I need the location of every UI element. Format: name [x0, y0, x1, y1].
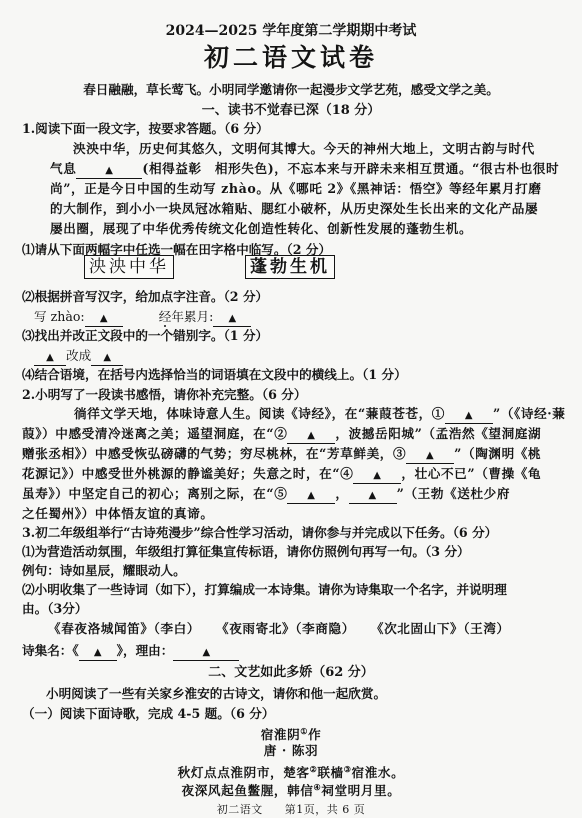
exam-year-heading: 2024—2025 学年度第二学期期中考试: [0, 22, 582, 41]
footnote-marker: ①: [300, 726, 308, 736]
q2-text: 花源记》）中感受世外桃源的静谧美好；失意之时，在“④: [22, 466, 353, 481]
q3-sub2-stem-line1: ⑵小明收集了一些诗词（如下），打算编成一本诗集。请你为诗集取一个名字，并说明理: [22, 580, 507, 599]
part1-heading: （一）阅读下面诗歌，完成 4-5 题。（6 分）: [22, 704, 274, 723]
q1-passage-line-5: 屡出圈，展现了中华优秀传统文化创造性转化、创新性发展的蓬勃生机。: [50, 219, 472, 238]
q1-sub4-stem: ⑷结合语境，在括号内选择恰当的词语填在文段中的横线上。（1 分）: [22, 365, 407, 384]
q1-passage-line-3: 尚”，正是今日中国的生动写 zhào。从《哪吒 2》《黑神话：悟空》等经年累月打…: [50, 179, 542, 198]
q1-sub3-stem: ⑶找出并改正文段中的一个错别字。（1 分）: [22, 326, 268, 345]
q2-line-3: 赠张丞相》）中感受恢弘磅礴的气势；穷尽桃林，在“芳草鲜美，③▲”（陶渊明《桃: [22, 444, 541, 464]
poem-title-suffix: 作: [308, 727, 321, 742]
poem-title: 《夜雨寄北》: [216, 621, 295, 636]
poem-author: （李白）: [154, 621, 200, 636]
poem-author: （王湾）: [463, 621, 509, 636]
pinyin-label: 写 zhào:: [34, 309, 85, 324]
answer-blank-reason[interactable]: ▲: [173, 644, 239, 661]
answer-blank-q2-5a[interactable]: ▲: [287, 487, 335, 504]
footer-page-info: 第1页，共 6 页: [285, 803, 366, 816]
q3-sub1-stem: ⑴为营造活动氛围，年级组打算征集宣传标语，请你仿照例句再写一句。（3 分）: [22, 542, 470, 561]
triangle-marker-icon: ▲: [105, 165, 113, 176]
q2-text: ，: [335, 486, 348, 501]
q1-passage-line-2: 气息▲(相得益彰 相形失色)，不忘本来与开辟未来相互贯通。“很古朴也很时: [50, 159, 559, 179]
triangle-marker-icon: ▲: [465, 410, 473, 421]
q2-text: ”（《诗经·蒹: [493, 406, 566, 421]
passage-text: (相得益彰 相形失色)，不忘本来与开辟未来相互贯通。“很古朴也很时: [142, 161, 559, 176]
poem-author: （李商隐）: [295, 621, 355, 636]
q3-stem: 3.初二年级组举行“古诗苑漫步”综合性学习活动，请你参与并完成以下任务。（6 分…: [22, 523, 497, 542]
passage-text: 气息: [50, 161, 76, 176]
calligraphy-sample-1: 泱泱中华: [84, 255, 174, 279]
answer-blank-q2-2[interactable]: ▲: [287, 427, 335, 444]
q1-passage-line-4: 的大制作，到小小一块凤冠冰箱贴、腮红小破杯，从历史深处生长出来的文化产品屡: [50, 199, 538, 218]
idiom-label: 年累月:: [171, 309, 213, 324]
q2-stem: 2.小明写了一段读书感悟，请你补充完整。（6 分）: [22, 385, 306, 404]
q2-line-5: 虽寿》）中坚定自己的初心；离别之际，在“⑤▲，▲”（王勃《送杜少府: [22, 484, 510, 504]
change-to-label: 改成: [66, 348, 91, 363]
q1-sub2-stem: ⑵根据拼音写汉字，给加点字注音。（2 分）: [22, 287, 268, 306]
triangle-marker-icon: ▲: [368, 490, 376, 501]
calligraphy-sample-2: 蓬勃生机: [245, 255, 335, 279]
q2-text: ，波撼岳阳城”（孟浩然《望洞庭湖: [335, 426, 541, 441]
page-footer: 初二语文 第1页，共 6 页: [0, 800, 582, 818]
poem-title: 《次北固山下》: [371, 621, 463, 636]
answer-blank-pronunciation[interactable]: ▲: [213, 310, 251, 327]
footnote-marker: ③: [344, 764, 352, 774]
answer-blank-q2-4[interactable]: ▲: [353, 467, 401, 484]
answer-blank-q2-3[interactable]: ▲: [406, 447, 454, 464]
q2-text: ”（陶渊明《桃: [454, 446, 541, 461]
triangle-marker-icon: ▲: [426, 450, 434, 461]
poem-text: 祠堂明月里。: [321, 783, 400, 798]
answer-blank-zhao[interactable]: ▲: [85, 310, 123, 327]
triangle-marker-icon: ▲: [46, 352, 54, 363]
triangle-marker-icon: ▲: [228, 313, 236, 324]
dotted-char: 经: [159, 309, 172, 324]
q2-line-6: 之任蜀州》）中体悟友谊的真谛。: [22, 504, 214, 523]
q2-line-4: 花源记》）中感受世外桃源的静谧美好；失意之时，在“④▲，壮心不已”（曹操《龟: [22, 464, 541, 484]
poem-title-text: 宿淮阴: [261, 727, 301, 742]
q2-text: 赠张丞相》）中感受恢弘磅礴的气势；穷尽桃林，在“芳草鲜美，③: [22, 446, 406, 461]
q2-text: 葭》）中感受清冷迷离之美；遥望洞庭，在“②: [22, 426, 287, 441]
poem-text: 夜深风起鱼鳖腥，韩信: [182, 783, 314, 798]
q3-sub1-example: 例句：诗如星辰，耀眼动人。: [22, 561, 186, 580]
triangle-marker-icon: ▲: [307, 490, 315, 501]
exam-page: 2024—2025 学年度第二学期期中考试 初二语文试卷 春日融融，草长莺飞。小…: [0, 0, 582, 818]
exam-title: 初二语文试卷: [0, 40, 582, 76]
section2-heading: 二、文艺如此多娇（62 分）: [0, 663, 582, 682]
triangle-marker-icon: ▲: [307, 430, 315, 441]
answer-blank-q2-5b[interactable]: ▲: [349, 487, 397, 504]
triangle-marker-icon: ▲: [100, 313, 108, 324]
exam-intro: 春日融融，草长莺飞。小明同学邀请你一起漫步文学艺苑，感受文学之美。: [0, 80, 582, 99]
q1-sub3-answer: ▲改成▲: [34, 346, 123, 366]
triangle-marker-icon: ▲: [94, 647, 102, 658]
q2-text: 徜徉文学天地，体味诗意人生。阅读《诗经》，在“蒹葭苍苍，①: [74, 406, 445, 421]
answer-blank-q1-4[interactable]: ▲: [76, 162, 142, 179]
q2-text: 虽寿》）中坚定自己的初心；离别之际，在“⑤: [22, 486, 287, 501]
q2-line-1: 徜徉文学天地，体味诗意人生。阅读《诗经》，在“蒹葭苍苍，①▲”（《诗经·蒹: [50, 404, 565, 424]
answer-blank-q2-1[interactable]: ▲: [445, 407, 493, 424]
triangle-marker-icon: ▲: [103, 352, 111, 363]
anthology-name-label: 诗集名：: [22, 643, 72, 658]
poem-title: 《春夜洛城闻笛》: [48, 621, 154, 636]
q3-poem-list: 《春夜洛城闻笛》（李白） 《夜雨寄北》（李商隐） 《次北固山下》（王湾）: [48, 619, 510, 638]
answer-blank-wrong-char[interactable]: ▲: [34, 349, 66, 366]
section2-intro: 小明阅读了一些有关家乡淮安的古诗文，请你和他一起欣赏。: [46, 684, 386, 703]
footer-subject: 初二语文: [217, 803, 263, 816]
poem-author: 唐 · 陈羽: [0, 741, 582, 760]
q3-answer-row: 诗集名：《▲》，理由：▲: [22, 641, 239, 661]
answer-blank-correct-char[interactable]: ▲: [91, 349, 123, 366]
q1-passage-line-1: 泱泱中华，历史何其悠久，文明何其博大。今天的神州大地上，文明古韵与时代: [73, 139, 535, 158]
answer-blank-anthology-name[interactable]: ▲: [79, 644, 117, 661]
q2-text: ”（王勃《送杜少府: [397, 486, 510, 501]
q2-line-2: 葭》）中感受清冷迷离之美；遥望洞庭，在“②▲，波撼岳阳城”（孟浩然《望洞庭湖: [22, 424, 541, 444]
section1-heading: 一、读书不觉春已深（18 分）: [0, 101, 582, 120]
poem-line-2: 夜深风起鱼鳖腥，韩信④祠堂明月里。: [0, 778, 582, 800]
q2-text: ，壮心不已”（曹操《龟: [401, 466, 541, 481]
triangle-marker-icon: ▲: [373, 470, 381, 481]
triangle-marker-icon: ▲: [202, 647, 210, 658]
q1-sub2-items: 写 zhào:▲ 经年累月:▲: [34, 307, 251, 327]
q1-stem: 1.阅读下面一段文字，按要求答题。（6 分）: [22, 119, 269, 138]
reason-label: ，理由：: [123, 643, 173, 658]
q3-sub2-stem-line2: 由。（3分）: [22, 599, 87, 618]
